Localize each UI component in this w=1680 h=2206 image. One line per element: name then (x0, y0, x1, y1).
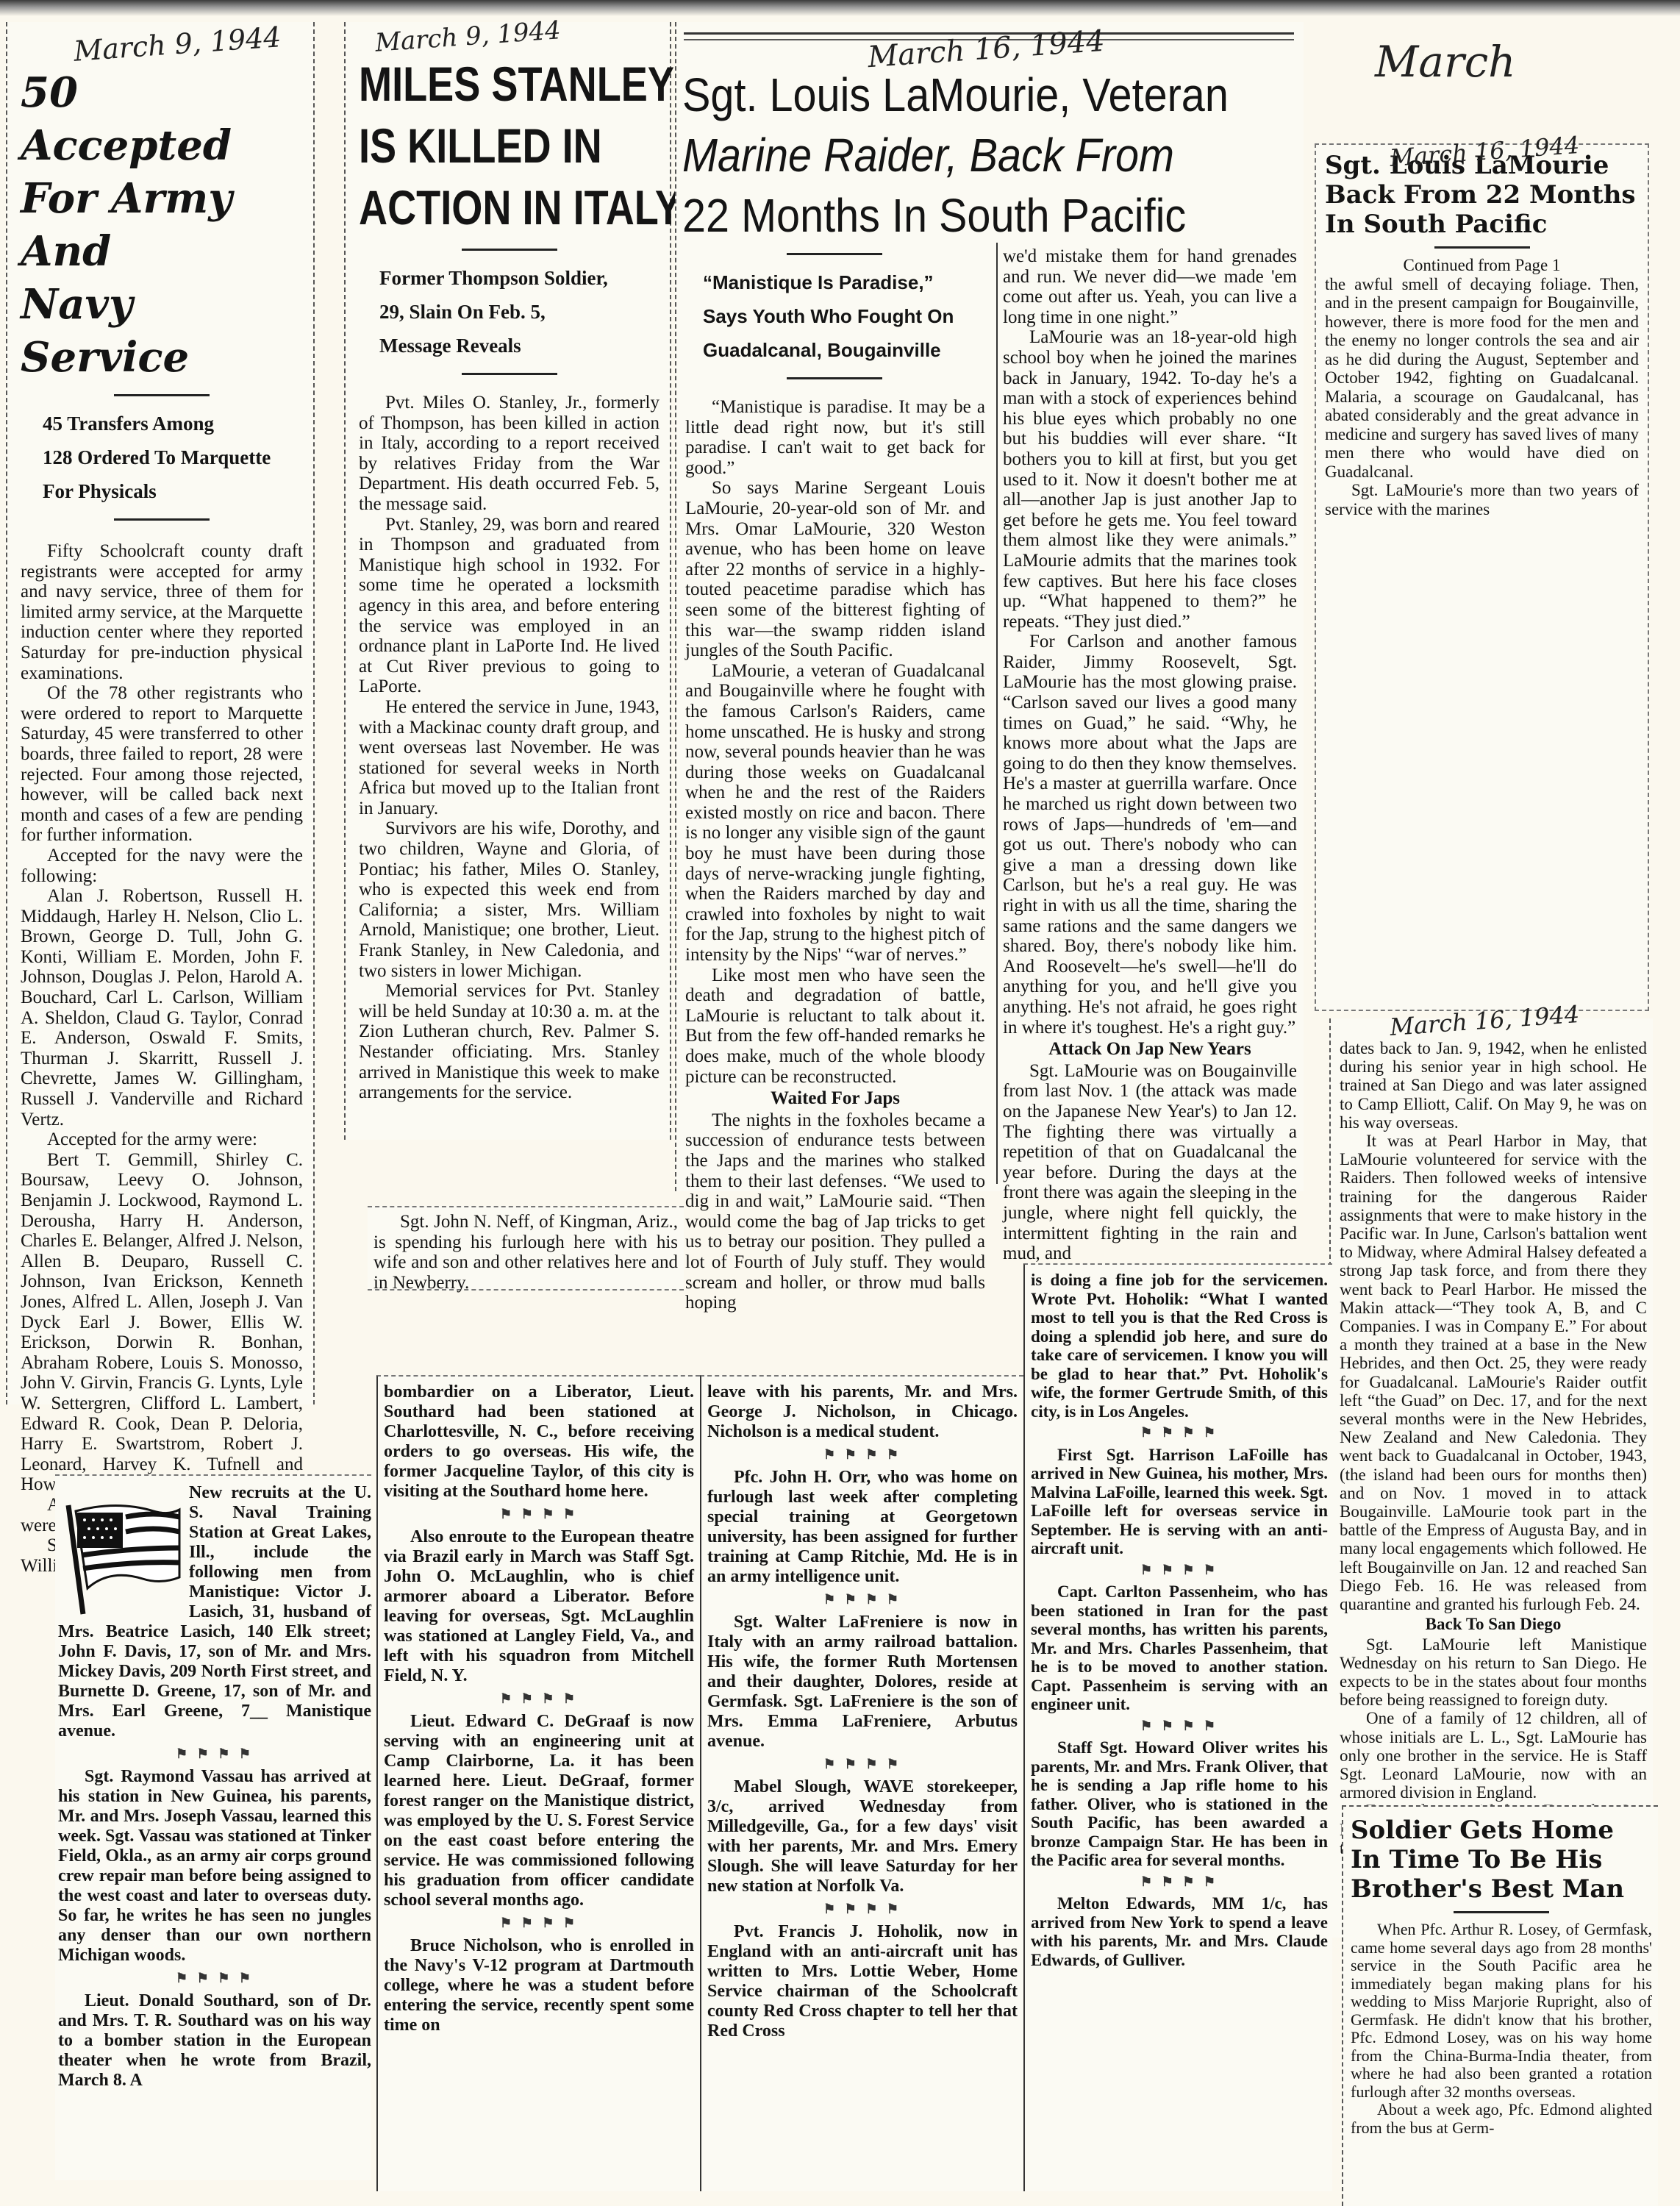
us-flag-icon (58, 1496, 183, 1618)
section-heading: Waited For Japs (685, 1088, 985, 1109)
service-notes-col3: leave with his parents, Mr. and Mrs. Geo… (700, 1375, 1023, 2191)
section-heading: Back To San Diego (1340, 1615, 1647, 1633)
article-body: dates back to Jan. 9, 1942, when he enli… (1340, 1039, 1647, 1857)
subheadline: 45 Transfers Among 128 Ordered To Marque… (21, 407, 303, 508)
column-rule (996, 243, 998, 1184)
flag-separator: ⚑ ⚑ ⚑ ⚑ (384, 1504, 694, 1524)
notes-body: leave with his parents, Mr. and Mrs. Geo… (707, 1382, 1018, 2041)
flag-separator: ⚑ ⚑ ⚑ ⚑ (707, 1445, 1018, 1465)
article-body: Fifty Schoolcraft county draft registran… (21, 541, 303, 1576)
service-notes-col1: New recruits at the U. S. Naval Training… (55, 1474, 371, 2180)
article-stanley: March 9, 1944 MILES STANLEY IS KILLED IN… (344, 22, 671, 1140)
headline: Sgt. Louis LaMourie, Veteran Marine Raid… (682, 65, 1235, 246)
article-losey: Soldier Gets Home In Time To Be His Brot… (1342, 1805, 1658, 2206)
divider (462, 373, 557, 375)
flag-separator: ⚑ ⚑ ⚑ ⚑ (58, 1744, 371, 1764)
flag-separator: ⚑ ⚑ ⚑ ⚑ (707, 1590, 1018, 1610)
handwritten-date: March 9, 1944 (73, 21, 282, 68)
article-body: Pvt. Miles O. Stanley, Jr., formerly of … (359, 393, 660, 1103)
article-body-col2: we'd mistake them for hand grenades and … (1003, 246, 1297, 1284)
article-lamourie-continued: March 16, 1944 Sgt. Louis LaMourie Back … (1315, 143, 1649, 1011)
flag-separator: ⚑ ⚑ ⚑ ⚑ (707, 1899, 1018, 1919)
section-heading: Attack On Jap New Years (1003, 1039, 1297, 1060)
divider (462, 249, 557, 251)
continued-from: Continued from Page 1 (1325, 256, 1639, 275)
article-lamourie-continued-2: March 16, 1944 dates back to Jan. 9, 194… (1329, 1018, 1653, 1938)
divider (787, 377, 882, 379)
notes-body: is doing a fine job for the servicemen. … (1031, 1271, 1328, 1969)
scan-top-edge (0, 0, 1680, 16)
flag-separator: ⚑ ⚑ ⚑ ⚑ (384, 1689, 694, 1709)
article-body: When Pfc. Arthur R. Losey, of Germfask, … (1351, 1921, 1652, 2137)
article-draft: March 9, 1944 50 Accepted For Army And N… (6, 22, 315, 1404)
flag-separator: ⚑ ⚑ ⚑ ⚑ (58, 1968, 371, 1988)
divider (1434, 246, 1530, 249)
service-notes-col2: bombardier on a Liberator, Lieut. Southa… (376, 1375, 700, 2191)
article-body: Continued from Page 1 the awful smell of… (1325, 256, 1639, 518)
flag-separator: ⚑ ⚑ ⚑ ⚑ (707, 1755, 1018, 1774)
flag-separator: ⚑ ⚑ ⚑ ⚑ (1031, 1717, 1328, 1736)
divider (1454, 1911, 1549, 1913)
divider (114, 518, 210, 521)
column-2: we'd mistake them for hand grenades and … (1003, 246, 1297, 1284)
flag-separator: ⚑ ⚑ ⚑ ⚑ (1031, 1424, 1328, 1443)
service-notes-col4: is doing a fine job for the servicemen. … (1023, 1263, 1332, 2191)
article-body-col1: “Manistique is paradise. It may be a lit… (676, 390, 993, 1313)
column-1: “Manistique Is Paradise,” Says Youth Who… (676, 243, 993, 1313)
headline: Soldier Gets Home In Time To Be His Brot… (1351, 1816, 1652, 1904)
flag-separator: ⚑ ⚑ ⚑ ⚑ (1031, 1561, 1328, 1580)
headline: MILES STANLEY IS KILLED IN ACTION IN ITA… (359, 53, 605, 238)
notes-body: bombardier on a Liberator, Lieut. Southa… (384, 1382, 694, 2035)
flag-separator: ⚑ ⚑ ⚑ ⚑ (1031, 1873, 1328, 1892)
divider (787, 253, 882, 255)
subheadline: Former Thompson Soldier, 29, Slain On Fe… (359, 261, 660, 363)
flag-separator: ⚑ ⚑ ⚑ ⚑ (384, 1913, 694, 1933)
subheadline: “Manistique Is Paradise,” Says Youth Who… (676, 265, 993, 367)
handwritten-date: March 9, 1944 (374, 15, 562, 58)
article-neff: Sgt. John N. Neff, of Kingman, Ariz., is… (368, 1206, 684, 1291)
divider (114, 394, 210, 396)
margin-note-march: March (1375, 37, 1516, 87)
article-lamourie: March 16, 1944 Sgt. Louis LaMourie, Vete… (675, 22, 1304, 1191)
headline: 50 Accepted For Army And Navy Service (21, 66, 303, 384)
